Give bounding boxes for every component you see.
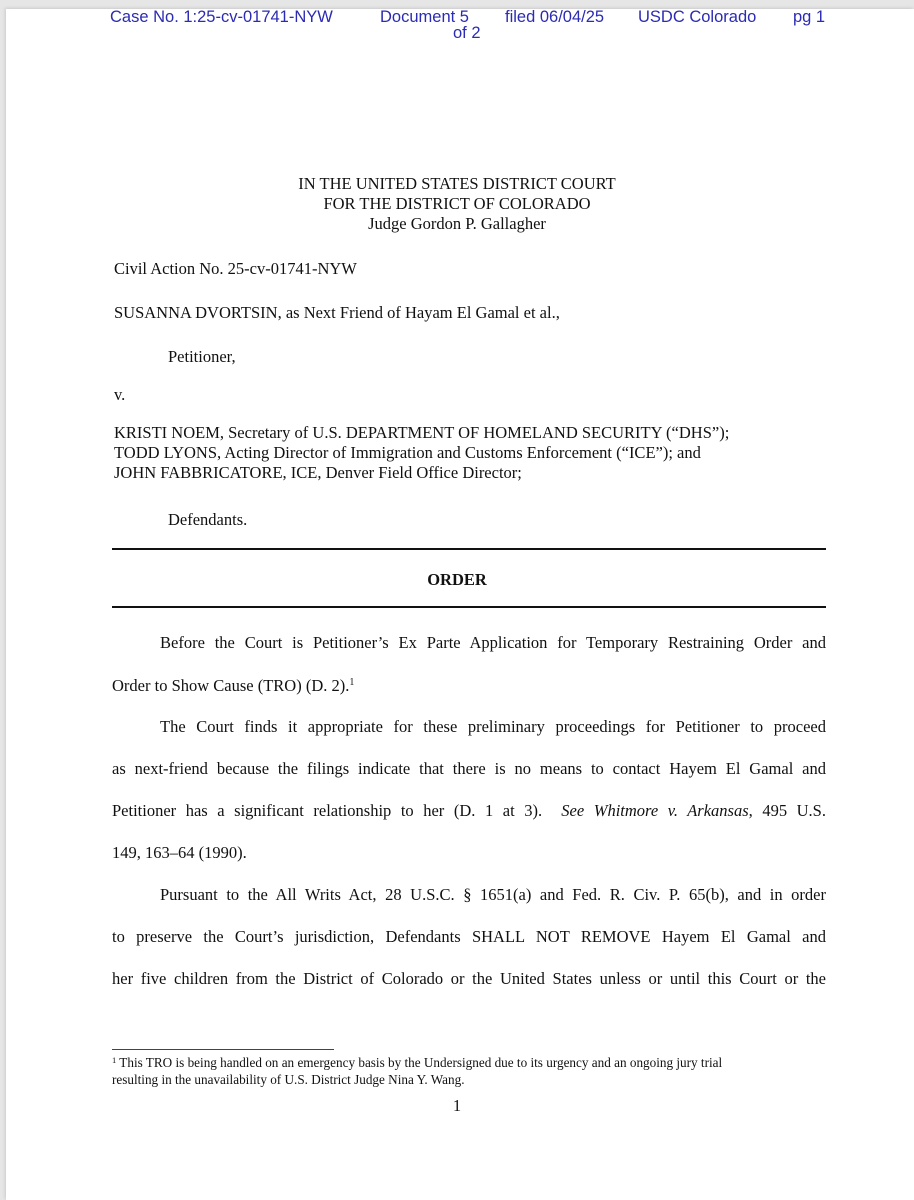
paragraph-2-line-3-cite: , 495 U.S.: [749, 801, 826, 820]
judge-name: Judge Gordon P. Gallagher: [0, 214, 914, 234]
footnote-line-2: resulting in the unavailability of U.S. …: [112, 1072, 465, 1088]
paragraph-3-line-1: Pursuant to the All Writs Act, 28 U.S.C.…: [160, 885, 826, 905]
footnote-separator: [112, 1049, 334, 1050]
petitioner-name: SUSANNA DVORTSIN, as Next Friend of Haya…: [114, 303, 560, 323]
defendant-fabbricatore: JOHN FABBRICATORE, ICE, Denver Field Off…: [114, 463, 729, 483]
order-bottom-rule: [112, 606, 826, 608]
order-top-rule: [112, 548, 826, 550]
paragraph-3-line-2: to preserve the Court’s jurisdiction, De…: [112, 927, 826, 947]
civil-action-number: Civil Action No. 25-cv-01741-NYW: [114, 259, 357, 279]
ecf-filed-date: filed 06/04/25: [505, 9, 604, 26]
court-caption-heading: IN THE UNITED STATES DISTRICT COURT FOR …: [0, 174, 914, 234]
paragraph-2-line-1: The Court finds it appropriate for these…: [160, 717, 826, 737]
paragraph-2-line-3: Petitioner has a significant relationshi…: [112, 801, 826, 821]
ecf-court: USDC Colorado: [638, 9, 756, 26]
case-citation: See Whitmore v. Arkansas: [561, 801, 748, 820]
petitioner-role: Petitioner,: [168, 347, 236, 367]
footnote-line-1: 1 This TRO is being handled on an emerge…: [112, 1055, 722, 1071]
footnote-text-1: This TRO is being handled on an emergenc…: [116, 1055, 722, 1070]
court-name-line2: FOR THE DISTRICT OF COLORADO: [0, 194, 914, 214]
page-number: 1: [0, 1096, 914, 1116]
ecf-page-number: pg 1: [793, 9, 825, 26]
footnote-reference[interactable]: 1: [349, 677, 354, 688]
paragraph-2-line-2: as next-friend because the filings indic…: [112, 759, 826, 779]
paragraph-1-line-2: Order to Show Cause (TRO) (D. 2).1: [112, 676, 826, 696]
ecf-case-number: Case No. 1:25-cv-01741-NYW: [110, 9, 333, 26]
defendants-role: Defendants.: [168, 510, 247, 530]
paragraph-2-line-3-text: Petitioner has a significant relationshi…: [112, 801, 561, 820]
court-name-line1: IN THE UNITED STATES DISTRICT COURT: [0, 174, 914, 194]
paragraph-3-line-3: her five children from the District of C…: [112, 969, 826, 989]
defendants-list: KRISTI NOEM, Secretary of U.S. DEPARTMEN…: [114, 423, 729, 483]
paragraph-1-line-2-text: Order to Show Cause (TRO) (D. 2).: [112, 676, 349, 695]
defendant-lyons: TODD LYONS, Acting Director of Immigrati…: [114, 443, 729, 463]
defendant-noem: KRISTI NOEM, Secretary of U.S. DEPARTMEN…: [114, 423, 729, 443]
versus: v.: [114, 385, 125, 405]
ecf-document-of: of 2: [453, 25, 481, 42]
paragraph-2-line-4: 149, 163–64 (1990).: [112, 843, 826, 863]
order-title: ORDER: [0, 570, 914, 590]
paragraph-1-line-1: Before the Court is Petitioner’s Ex Part…: [160, 633, 826, 653]
